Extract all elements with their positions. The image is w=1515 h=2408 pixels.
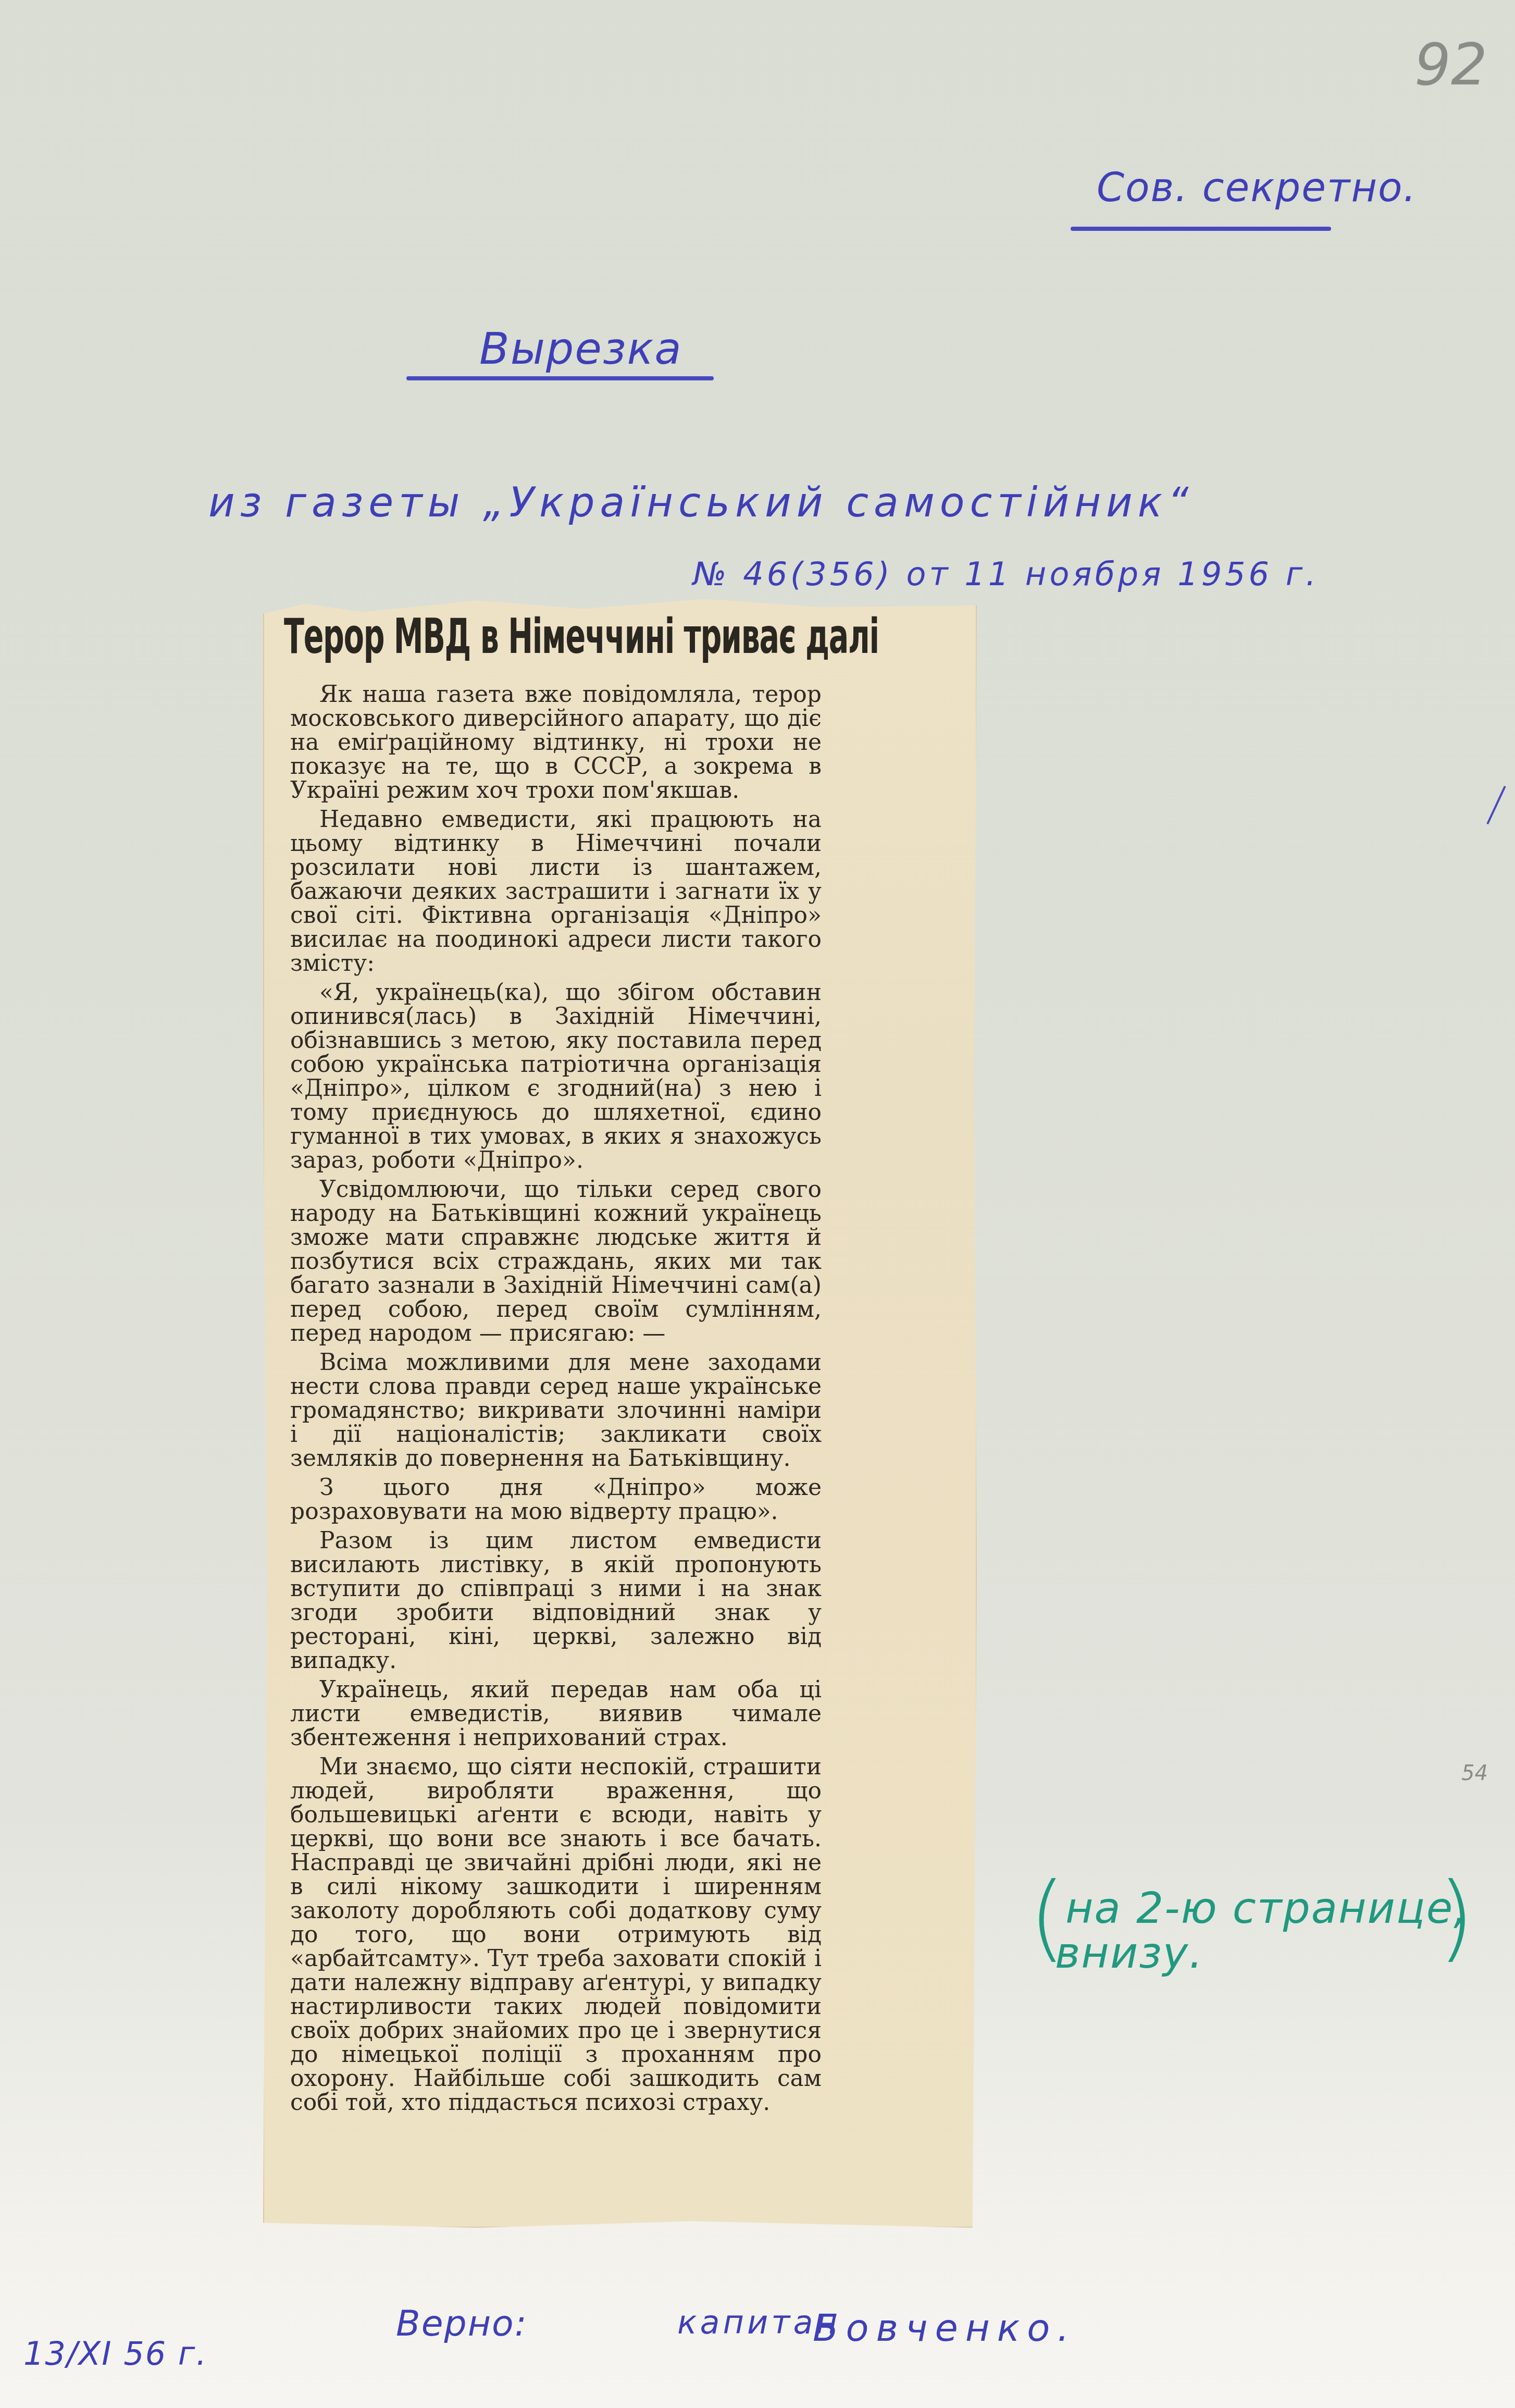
article-paragraph: Як наша газета вже повідомляла, терор мо… [290,683,822,802]
article-paragraph: Разом із цим листом емведисти висилають … [290,1529,822,1673]
verified-label: Верно: [396,2303,528,2344]
margin-note-line-1: на 2-ю странице, [1034,1886,1468,1931]
article-body: Як наша газета вже повідомляла, терор мо… [290,683,822,2120]
page-number: 92 [1414,31,1487,98]
article-paragraph: Недавно емведисти, які працюють на цьому… [290,808,822,975]
document-type-label: Вырезка [479,323,682,374]
margin-note: на 2-ю странице, внизу. [1034,1886,1468,1976]
officer-signature: Бовченко. [813,2306,1076,2350]
article-paragraph: Українець, який передав нам оба ці листи… [290,1678,822,1750]
note-close-paren: ) [1438,1863,1474,1972]
margin-note-line-2: внизу. [1034,1931,1468,1976]
article-headline: Терор МВД в Німеччині триває далі [284,609,607,664]
source-newspaper-line: из газеты „Український самостійник“ [208,479,1194,526]
article-paragraph: «Я, українець(ка), що збігом обставин оп… [290,981,822,1172]
margin-pencil-mark: 54 [1461,1761,1488,1785]
article-paragraph: Усвідомлюючи, що тільки серед свого наро… [290,1178,822,1345]
footer-date: 13/XI 56 г. [23,2335,207,2373]
article-paragraph: З цього дня «Дніпро» може розраховувати … [290,1476,822,1524]
issue-date-line: № 46(356) от 11 ноября 1956 г. [693,555,1319,593]
document-type-underline [406,376,714,380]
margin-tick-mark [1486,786,1506,824]
classification-underline [1071,227,1331,231]
newspaper-clipping: Терор МВД в Німеччині триває далі Як наш… [263,594,977,2228]
classification-label: Сов. секретно. [1097,164,1417,211]
article-paragraph: Ми знаємо, що сіяти неспокій, страшити л… [290,1755,822,2115]
article-paragraph: Всіма можливими для мене заходами нести … [290,1351,822,1471]
